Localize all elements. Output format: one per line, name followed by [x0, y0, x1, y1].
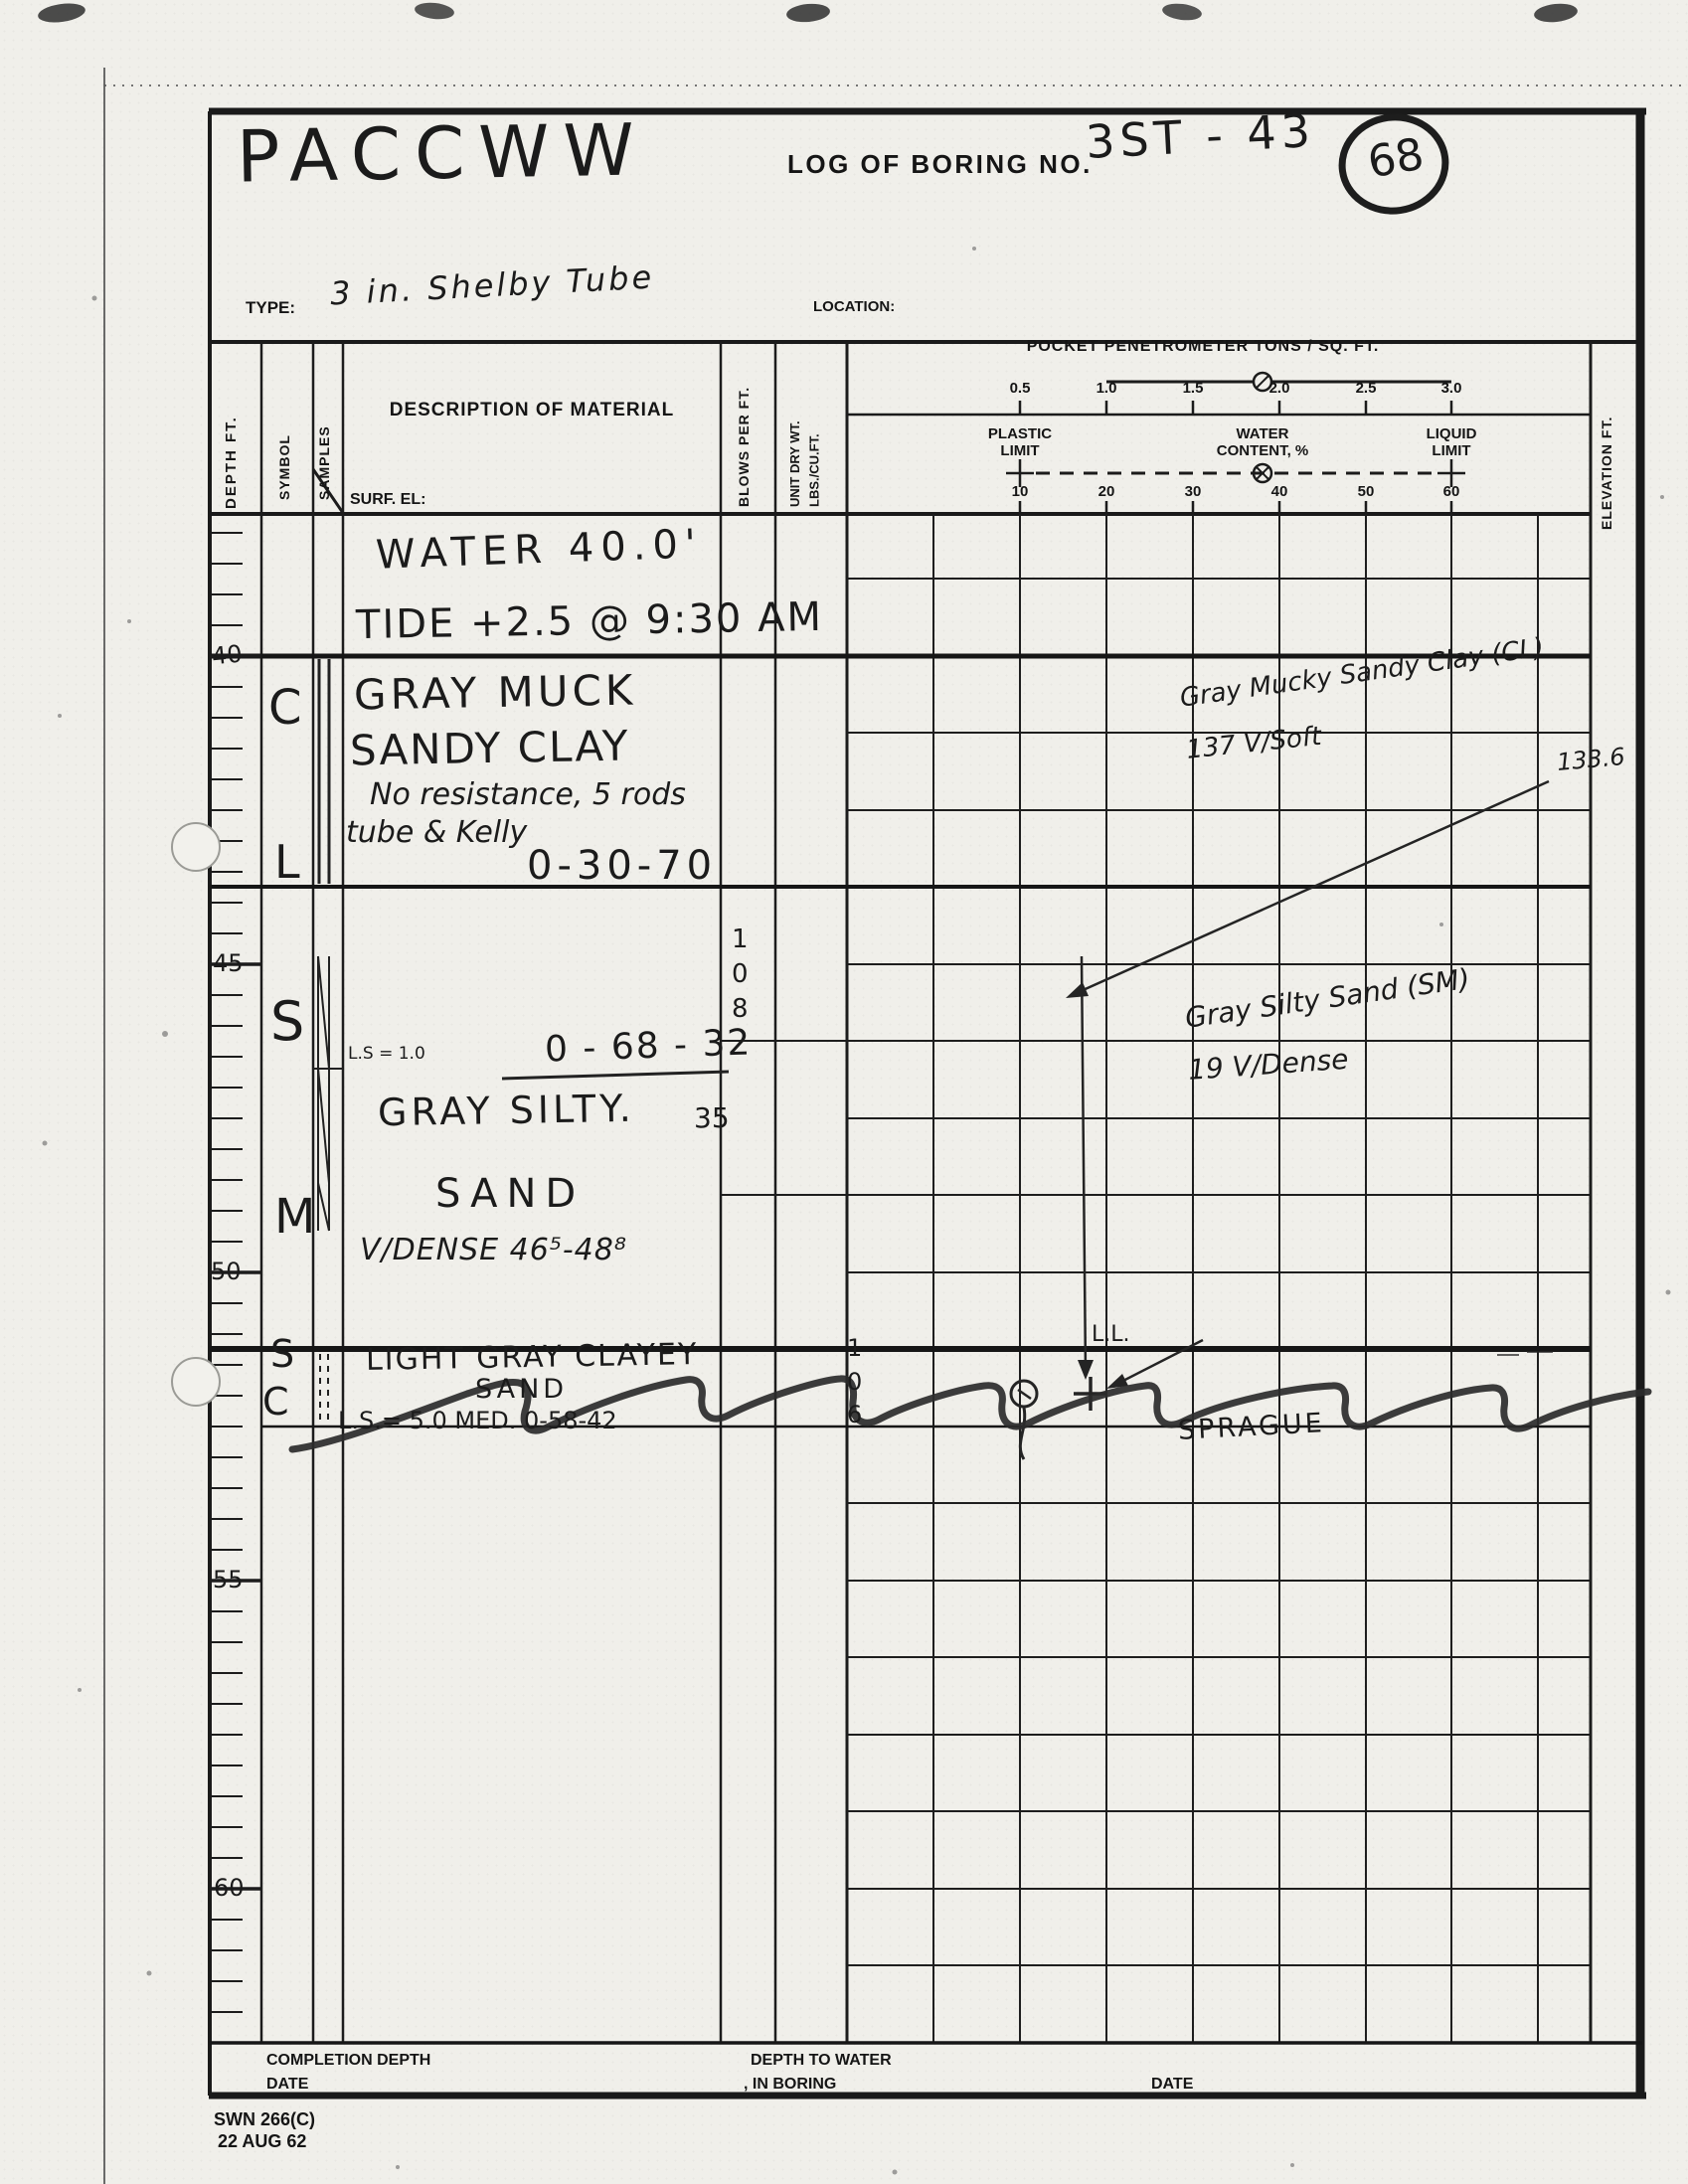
- handwritten-underlines: [502, 1072, 729, 1079]
- pen-tick-0.5: 0.5: [985, 380, 1055, 397]
- form-number: SWN 266(C): [214, 2109, 315, 2130]
- col-samples-label: SAMPLES: [316, 376, 332, 500]
- col-unit-dry-wt-label: UNIT DRY WT. LBS./CU.FT.: [785, 358, 824, 507]
- form-date: 22 AUG 62: [218, 2131, 306, 2152]
- col-description-label: DESCRIPTION OF MATERIAL: [353, 400, 711, 421]
- boring-number-revised: 68: [1364, 129, 1428, 189]
- form-title: LOG OF BORING NO.: [787, 149, 1093, 180]
- depth-label-55: 55: [213, 1566, 244, 1594]
- layer3-desc-3: L.S.= 5.0 MED. 0-58-42: [338, 1407, 617, 1434]
- layer2-unit-dry-wt: 35: [694, 1101, 730, 1134]
- layer3-symbol-bottom: C: [262, 1380, 289, 1424]
- sample-marks: [313, 659, 343, 1424]
- liquid-limit-point-label: L.L.: [1092, 1322, 1130, 1347]
- pen-tick-2.5: 2.5: [1331, 380, 1401, 397]
- layer2-symbol-top: S: [270, 990, 304, 1053]
- wc-tick-40: 40: [1245, 483, 1314, 500]
- layer1-symbol-top: C: [268, 680, 302, 736]
- layer3-symbol-top: S: [270, 1332, 294, 1376]
- depth-label-50: 50: [211, 1258, 242, 1285]
- layer2-blow-counts: 0 - 68 - 32: [544, 1022, 753, 1070]
- depth-label-40: 40: [211, 639, 244, 670]
- col-blows-label: BLOWS PER FT.: [736, 358, 752, 507]
- penetrometer-title: POCKET PENETROMETER TONS / SQ. FT.: [905, 338, 1501, 356]
- wc-tick-60: 60: [1417, 483, 1486, 500]
- tide-note: TIDE +2.5 @ 9:30 AM: [356, 594, 824, 648]
- wc-tick-20: 20: [1072, 483, 1141, 500]
- depth-label-45: 45: [213, 949, 244, 977]
- layer1-note-2: tube & Kelly: [346, 815, 527, 850]
- layer3-blows-column: 1 0 6: [847, 1332, 862, 1432]
- wc-tick-30: 30: [1158, 483, 1228, 500]
- layer1-symbol-bottom: L: [274, 835, 300, 889]
- date-right-label: DATE: [1151, 2076, 1193, 2094]
- depth-to-water-label: DEPTH TO WATER: [751, 2052, 892, 2070]
- layer2-desc-3: V/DENSE 46⁵-48⁸: [360, 1233, 627, 1267]
- in-boring-label: , IN BORING: [744, 2076, 836, 2094]
- col-depth-label: DEPTH FT.: [223, 350, 240, 509]
- annotation-arrows: [1011, 781, 1553, 1459]
- plastic-limit-label: PLASTIC LIMIT: [960, 425, 1080, 460]
- layer3-desc-1: LIGHT GRAY CLAYEY: [366, 1337, 699, 1378]
- col-symbol-label: SYMBOL: [276, 376, 292, 500]
- completion-depth-label: COMPLETION DEPTH: [266, 2052, 430, 2070]
- layer3-desc-2: SAND: [475, 1374, 568, 1405]
- layer2-symbol-bottom: M: [274, 1189, 315, 1245]
- layer1-blow-counts: 0-30-70: [527, 843, 717, 889]
- layer1-desc-2: SANDY CLAY: [350, 722, 630, 775]
- depth-label-60: 60: [214, 1874, 245, 1902]
- boring-log-scan: PACCWW LOG OF BORING NO. 3ST - 43 68 TYP…: [0, 0, 1688, 2184]
- layer1-note-1: No resistance, 5 rods: [370, 777, 686, 812]
- hole-punches: [172, 823, 220, 1406]
- type-label: TYPE:: [246, 298, 295, 318]
- pen-tick-1.5: 1.5: [1158, 380, 1228, 397]
- wc-tick-50: 50: [1331, 483, 1401, 500]
- location-label: LOCATION:: [813, 298, 895, 315]
- pen-tick-1.0: 1.0: [1072, 380, 1141, 397]
- liquid-limit-label: LIQUID LIMIT: [1392, 425, 1511, 460]
- wc-tick-10: 10: [985, 483, 1055, 500]
- surf-el-label: SURF. EL:: [350, 491, 425, 509]
- date-left-label: DATE: [266, 2076, 308, 2094]
- layer2-ls-note: L.S = 1.0: [348, 1044, 425, 1064]
- layer2-blows-column: 1 0 8: [732, 923, 749, 1027]
- pen-tick-2.0: 2.0: [1245, 380, 1314, 397]
- water-content-label: WATER CONTENT, %: [1193, 425, 1332, 460]
- layer2-desc-1: GRAY SILTY.: [378, 1087, 635, 1135]
- layer2-desc-2: SAND: [435, 1171, 585, 1217]
- col-elevation-label: ELEVATION FT.: [1599, 366, 1614, 530]
- layer1-desc-1: GRAY MUCK: [354, 666, 637, 720]
- layer1-elevation-value: 133.6: [1556, 743, 1626, 776]
- client-name: PACCWW: [236, 107, 648, 198]
- chart-grid: [721, 514, 1591, 2043]
- pen-tick-3.0: 3.0: [1417, 380, 1486, 397]
- form-line-art: [0, 0, 1688, 2184]
- scan-smudges: [37, 1, 1579, 26]
